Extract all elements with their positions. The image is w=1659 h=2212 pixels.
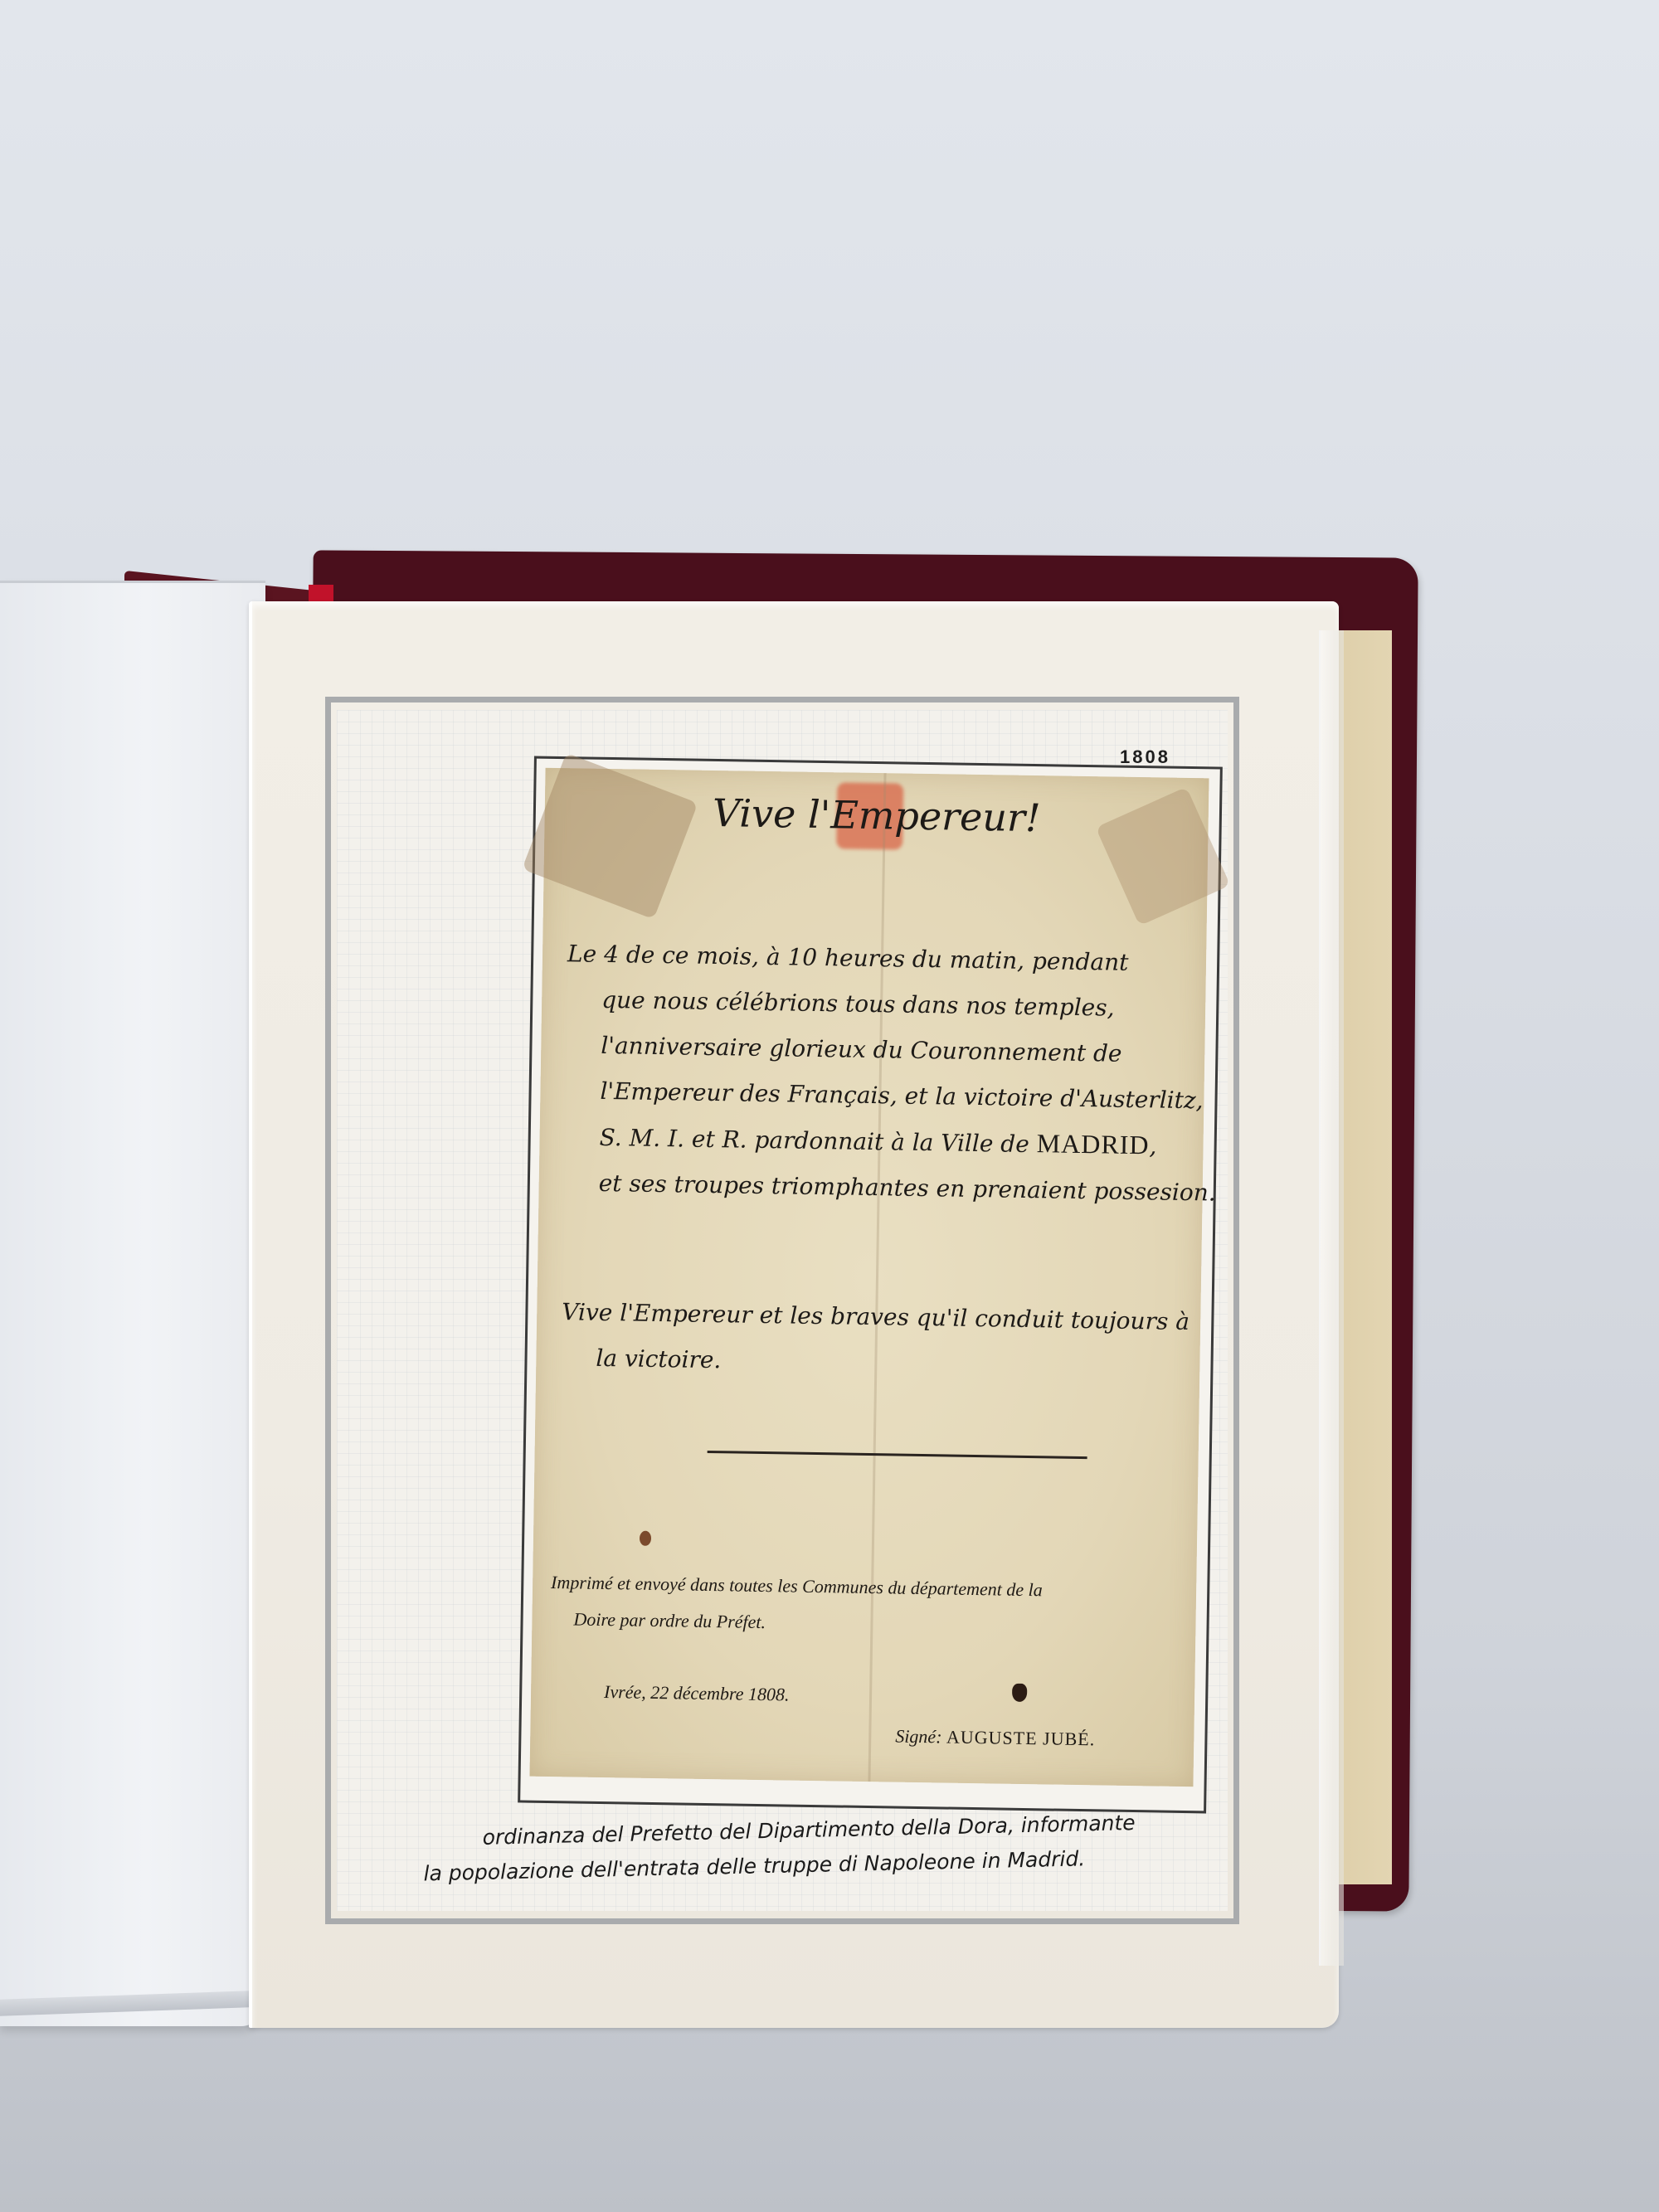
protective-sleeve-edge bbox=[1319, 630, 1344, 1966]
proclamation-paragraph: Le 4 de ce mois, à 10 heures du matin, p… bbox=[563, 931, 1190, 1215]
historical-proclamation: Vive l'Empereur! Le 4 de ce mois, à 10 h… bbox=[529, 768, 1209, 1787]
printing-note: Imprimé et envoyé dans toutes les Commun… bbox=[550, 1564, 1188, 1647]
signed-label: Signé: bbox=[895, 1726, 942, 1748]
text-line: et ses troupes triomphantes en prenaient… bbox=[563, 1159, 1186, 1215]
ink-blot bbox=[640, 1531, 651, 1546]
closing-acclamation: Vive l'Empereur et les braves qu'il cond… bbox=[561, 1289, 1185, 1390]
printer-ornament bbox=[1012, 1684, 1027, 1702]
hinge-stain-left bbox=[522, 753, 698, 920]
signature: Signé: AUGUSTE JUBÉ. bbox=[895, 1726, 1095, 1751]
signatory-name: AUGUSTE JUBÉ. bbox=[946, 1727, 1096, 1750]
text-segment: S. M. I. et R. pardonnait à la Ville de bbox=[599, 1124, 1029, 1158]
left-album-page-sleeve bbox=[0, 581, 265, 2026]
place-date: Ivrée, 22 décembre 1808. bbox=[604, 1681, 790, 1706]
divider-rule bbox=[708, 1451, 1087, 1459]
city-name: MADRID bbox=[1036, 1128, 1149, 1159]
